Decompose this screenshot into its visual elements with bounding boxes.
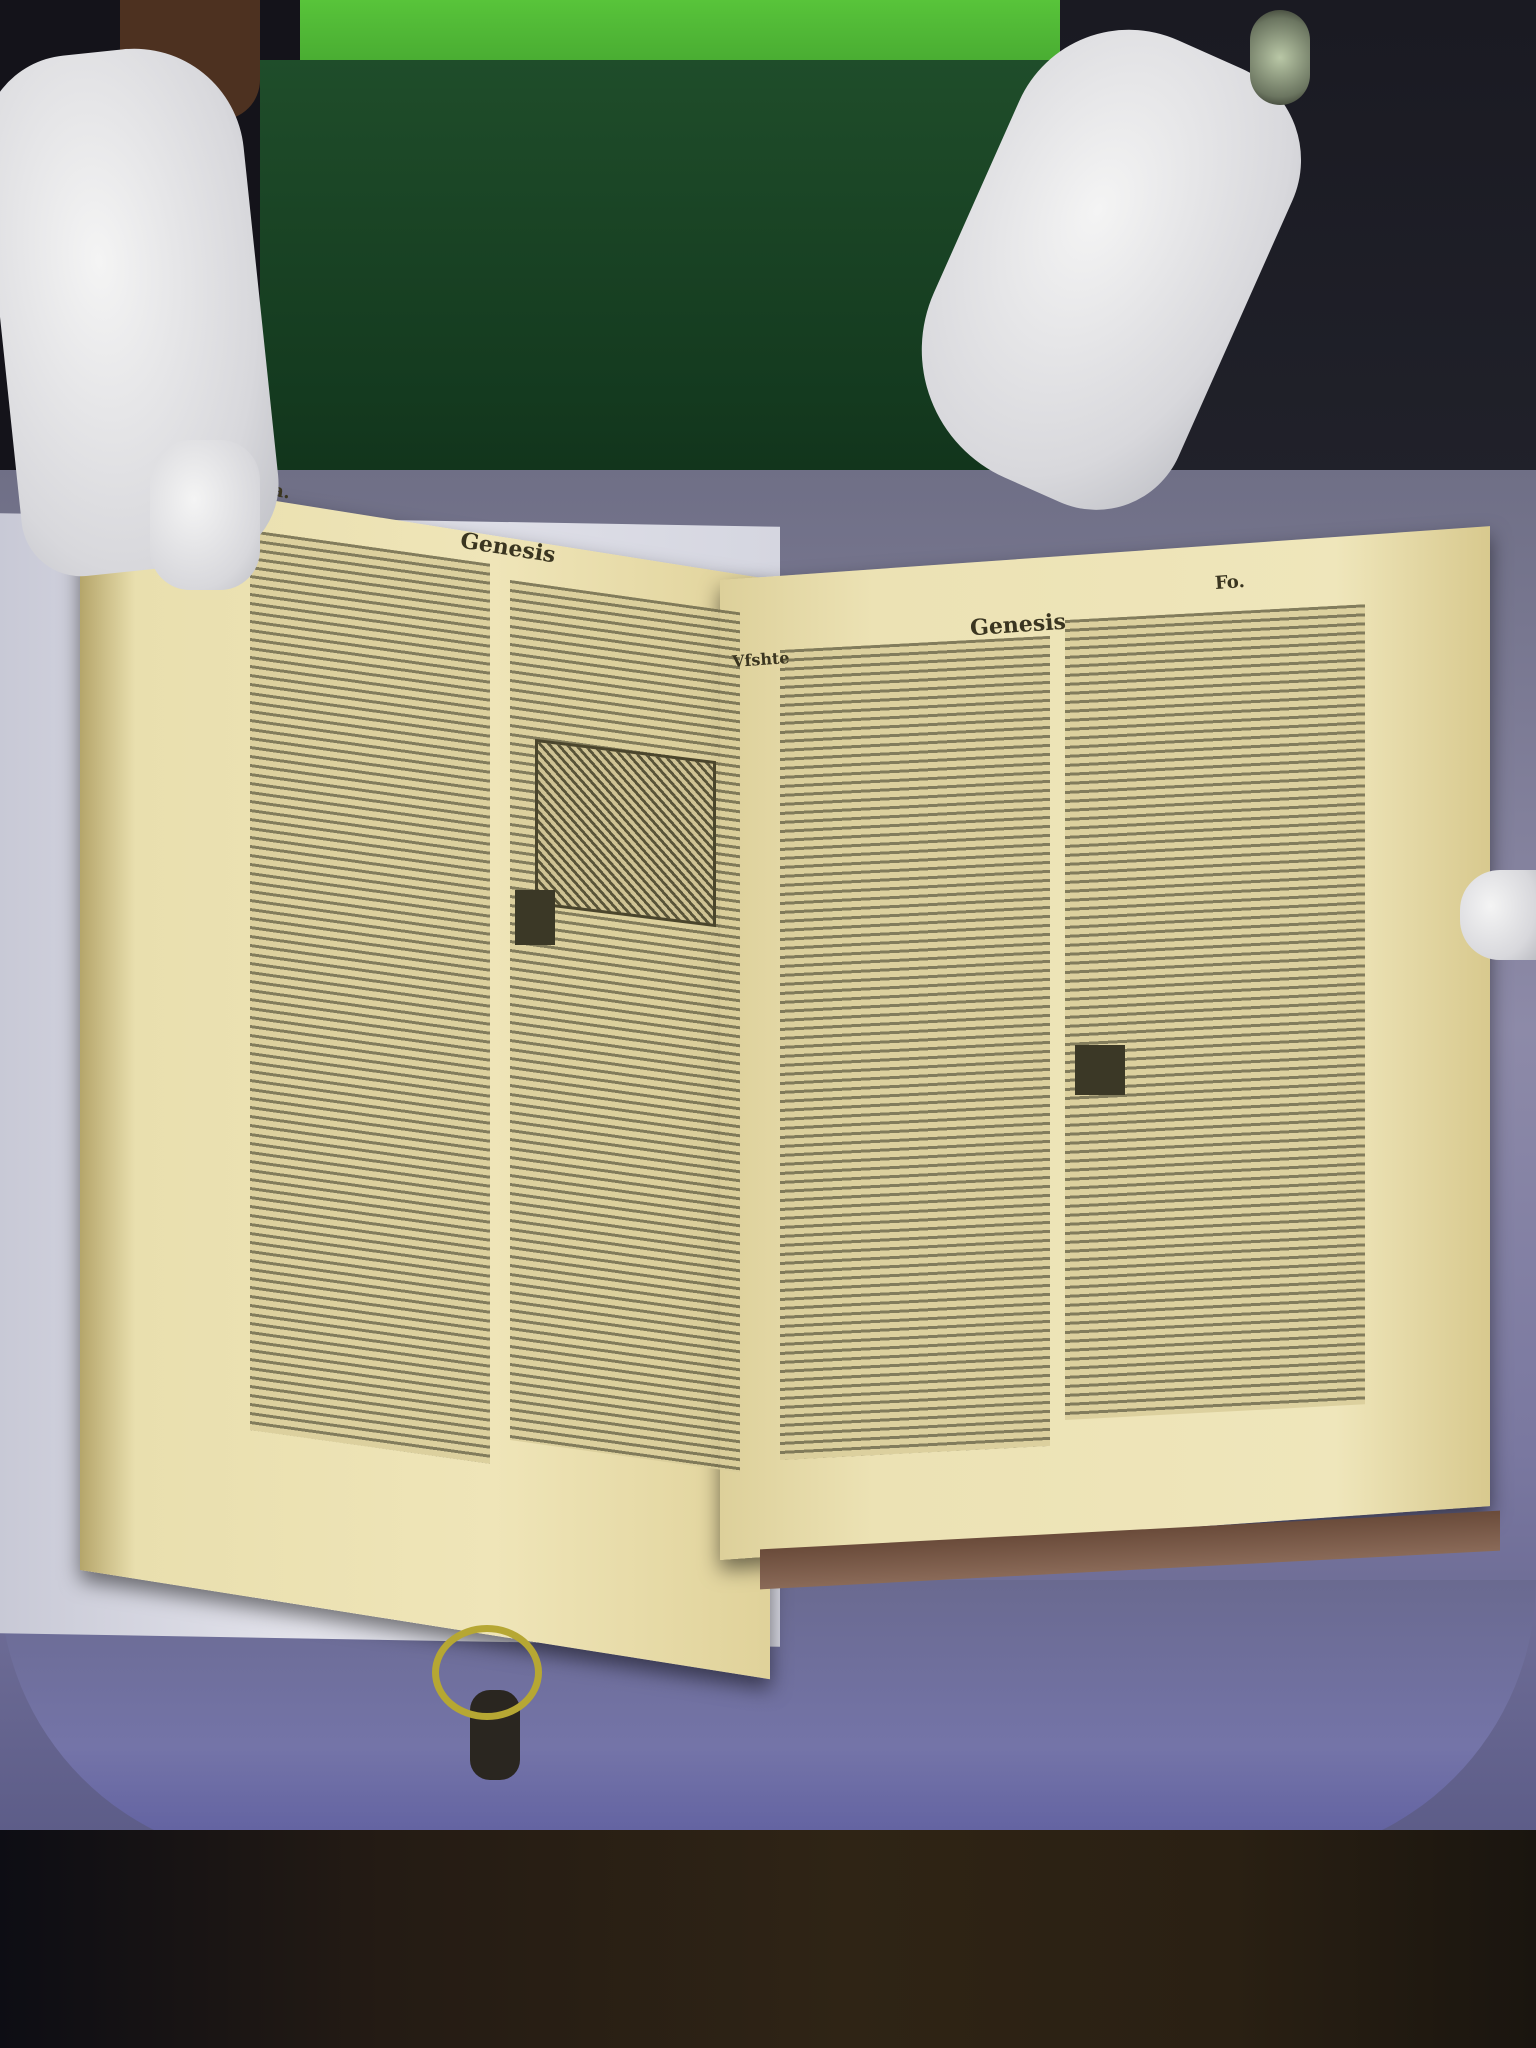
right-page-column-1	[780, 636, 1050, 1460]
woodcut-illustration	[535, 739, 716, 927]
glove-edge	[1460, 870, 1536, 960]
right-page-column-2	[1065, 604, 1365, 1420]
decorated-initial	[515, 890, 555, 945]
folio-label: Fo.	[1214, 571, 1245, 594]
left-page-column-1	[250, 530, 490, 1464]
left-glove-thumb	[150, 440, 260, 590]
side-heading: Vfshte	[731, 648, 790, 671]
metal-ring-clasp	[432, 1625, 542, 1720]
wristwatch-icon	[1250, 10, 1310, 105]
decorated-initial	[1075, 1045, 1125, 1095]
left-page-column-2	[510, 580, 740, 1472]
wooden-table	[0, 1830, 1536, 2048]
